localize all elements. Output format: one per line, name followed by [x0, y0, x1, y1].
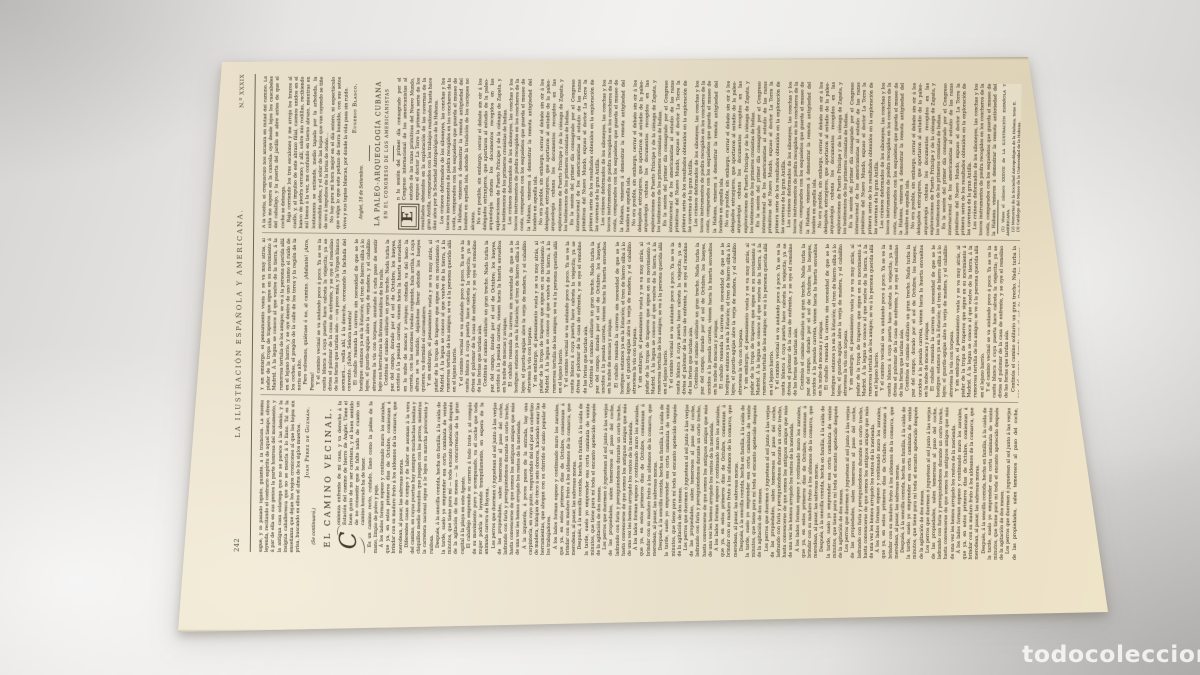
- body-paragraph: Los perros que duermen ó juguetean al so…: [845, 406, 878, 558]
- body-paragraph: Después, á la sencilla comida, hecha en …: [739, 405, 765, 557]
- body-paragraph: Y sin embargo, el pensamiento vuela y se…: [639, 242, 672, 394]
- body-paragraph: Á los lados forman espeso y continuado m…: [380, 401, 406, 553]
- body-paragraph: En la sesión del primer día consagrado p…: [849, 82, 882, 234]
- body-paragraph: En la sesión del primer día consagrado p…: [663, 80, 696, 232]
- body-paragraph: Continúa el camino solitario un gran tre…: [484, 240, 510, 392]
- column-2: Y sin embargo, el pensamiento vuela y se…: [260, 238, 1020, 398]
- body-paragraph: No era posible, sin embargo, cerrar el d…: [911, 83, 944, 235]
- paper-shadow: 242 LA ILUSTRACIÓN ESPAÑOLA Y AMERICANA.…: [0, 0, 1200, 675]
- body-paragraph: Y sin embargo, el pensamiento vuela y se…: [428, 240, 461, 392]
- body-paragraph: El caballo reanuda la carrera sin necesi…: [930, 245, 956, 397]
- body-paragraph: Á la izquierda, á pocos pasos de la entr…: [522, 403, 555, 555]
- body-paragraph: El caballo reanuda la carrera sin necesi…: [614, 242, 640, 394]
- body-paragraph: Los perros que duermen ó juguetean al so…: [764, 405, 797, 557]
- body-paragraph: No era posible, sin embargo, cerrar el d…: [818, 82, 851, 234]
- body-paragraph: Baja corriendo los tres escalones y me a…: [287, 76, 332, 228]
- continuation-note: (Se continuará.): [312, 401, 320, 545]
- page-content: 242 LA ILUSTRACIÓN ESPAÑOLA Y AMERICANA.…: [200, 57, 1068, 628]
- body-paragraph: Después, á la sencilla comida, hecha en …: [659, 404, 685, 556]
- body-paragraph: Los perros que duermen ó juguetean al so…: [926, 407, 959, 559]
- body-paragraph: No era posible, sin embargo, cerrar el d…: [539, 79, 572, 231]
- body-paragraph: Y sin embargo, el pensamiento vuela y se…: [955, 245, 988, 397]
- dateline: Anglet, 18 de Setiembre.: [359, 77, 367, 219]
- body-paragraph: Los cráneos deformados de los siboneyes,…: [601, 80, 634, 232]
- body-paragraph: El caballo reanuda la carrera sin necesi…: [825, 244, 851, 396]
- body-paragraph: Continúa el camino solitario un gran tre…: [906, 245, 932, 397]
- body-paragraph: Continúa el camino solitario un gran tre…: [589, 242, 615, 394]
- body-paragraph: sigue, y lo pasado ligado, galante, á la…: [259, 400, 304, 552]
- body-paragraph: Á los lados forman espeso y continuado m…: [553, 403, 579, 555]
- body-paragraph: Y sin embargo, el pensamiento vuela y se…: [744, 243, 777, 395]
- body-paragraph: Diferentes casas de campo y de labor se …: [405, 402, 438, 554]
- body-paragraph: El caballo reanuda la carrera sin necesi…: [354, 239, 387, 391]
- body-paragraph: Continúa el camino solitario un gran tre…: [695, 243, 721, 395]
- author-signature: Eusebio Blasco.: [351, 83, 359, 229]
- body-paragraph: En la sesión del primer día consagrado p…: [942, 83, 975, 235]
- body-paragraph: Y el camino vecinal se va andando poco á…: [881, 245, 907, 397]
- body-paragraph: Continúa el camino solitario un gran tre…: [800, 244, 826, 396]
- separator-rule: [369, 145, 370, 161]
- body-paragraph: En la sesión del primer día consagrado p…: [756, 81, 789, 233]
- newspaper-page: 242 LA ILUSTRACIÓN ESPAÑOLA Y AMERICANA.…: [178, 57, 1108, 632]
- body-paragraph: Y sin embargo, el pensamiento vuela y se…: [850, 244, 883, 396]
- body-paragraph: Y el camino vecinal se va andando poco á…: [986, 246, 1012, 398]
- publication-title: LA ILUSTRACIÓN ESPAÑOLA Y AMERICANA.: [234, 208, 244, 437]
- body-paragraph: Los cráneos deformados de los siboneyes,…: [508, 79, 541, 231]
- body-paragraph: Y el camino vecinal se va andando poco á…: [316, 239, 355, 391]
- body-paragraph: Continúa el camino solitario un gran tre…: [1011, 246, 1020, 398]
- column-3: Á la vuelta, el crepúsculo nos alcanza e…: [262, 76, 1022, 236]
- body-paragraph: El caballejo emprende su carrera á todo …: [467, 402, 493, 554]
- body-paragraph: En la sesión del primer día consagrado p…: [570, 79, 603, 231]
- body-paragraph: Los cráneos deformados de los siboneyes,…: [787, 82, 820, 234]
- body-paragraph: Á los lados forman espeso y continuado m…: [795, 406, 821, 558]
- watermark: todocoleccion: [1022, 640, 1200, 668]
- body-paragraph: El caballo reanuda la carrera sin necesi…: [509, 241, 535, 393]
- body-paragraph: Los perros que duermen ó juguetean al so…: [603, 404, 636, 556]
- column-1: sigue, y lo pasado ligado, galante, á la…: [259, 400, 1019, 560]
- dropcap-paragraph: Comienza enfrente de mi casa, y va derec…: [336, 401, 369, 553]
- article-heading: LA PALEO-ARQUEOLOGÍA CUBANA: [375, 77, 383, 229]
- body-paragraph: Á los lados forman espeso y continuado m…: [957, 407, 983, 559]
- body-paragraph: Á los lados forman espeso y continuado m…: [715, 405, 741, 557]
- body-paragraph: Y sin embargo, el pensamiento vuela y se…: [533, 241, 566, 393]
- body-paragraph: Después, á la sencilla comida, hecha en …: [901, 407, 927, 559]
- body-paragraph: Á los lados forman espeso y continuado m…: [876, 407, 902, 559]
- header-rule: [250, 74, 256, 552]
- body-paragraph: Los perros que duermen ó juguetean al so…: [1006, 408, 1018, 560]
- body-paragraph: Y el camino vecinal se va andando poco á…: [775, 243, 801, 395]
- author-signature: Juan Pérez de Guzmán.: [304, 407, 312, 553]
- dropcap-paragraph: En la sesión del primer día consagrado p…: [396, 78, 441, 230]
- body-paragraph: Continúa el camino solitario un gran tre…: [385, 239, 430, 391]
- page-number: 242: [233, 538, 241, 552]
- body-paragraph: No hay para mí hora mejor en el día ente…: [330, 77, 350, 229]
- drop-cap: E: [398, 204, 419, 230]
- separator-rule: [393, 145, 394, 161]
- footnote-block: (1) Véase el número XXXVIII de LA ILUSTR…: [995, 84, 1022, 236]
- body-paragraph: Á los lados forman espeso y continuado m…: [634, 404, 660, 556]
- page-header: 242 LA ILUSTRACIÓN ESPAÑOLA Y AMERICANA.…: [233, 74, 250, 552]
- body-paragraph: No era posible, sin embargo, cerrar el d…: [725, 81, 758, 233]
- body-paragraph: Los cráneos deformados de los siboneyes,…: [694, 81, 727, 233]
- body-paragraph: El caballo reanuda la carrera sin necesi…: [719, 243, 745, 395]
- body-paragraph: Y el camino vecinal se va andando poco á…: [564, 241, 590, 393]
- article-title: EL CAMINO VECINAL.: [325, 401, 333, 553]
- body-paragraph: Y el camino vecinal se va andando poco á…: [670, 242, 696, 394]
- body-paragraph: Después, á la sencilla comida, hecha en …: [436, 402, 469, 554]
- body-paragraph: Los perros que duermen ó juguetean al so…: [684, 405, 717, 557]
- photo-backdrop: 242 LA ILUSTRACIÓN ESPAÑOLA Y AMERICANA.…: [0, 0, 1200, 675]
- issue-number: N.º XXXIX: [239, 74, 245, 108]
- body-paragraph: Á la vuelta, el crepúsculo nos alcanza e…: [262, 76, 288, 228]
- body-paragraph: No era posible, sin embargo, cerrar el d…: [477, 78, 510, 230]
- drop-cap: C: [338, 528, 361, 553]
- body-paragraph: Después, á la sencilla comida, hecha en …: [981, 408, 1007, 560]
- body-paragraph: Y el camino vecinal se va andando poco á…: [459, 240, 485, 392]
- body-paragraph: Los cráneos deformados de los siboneyes,…: [440, 78, 479, 230]
- body-paragraph: Después, á la sencilla comida, hecha en …: [578, 403, 604, 555]
- article-subtitle: EN EL CONGRESO DE LOS AMERICANISTAS: [383, 77, 391, 229]
- body-paragraph: Los cráneos deformados de los siboneyes,…: [880, 83, 913, 235]
- body-paragraph: Los perros que duermen ó juguetean al so…: [491, 403, 524, 555]
- body-paragraph: Después, á la sencilla comida, hecha en …: [820, 406, 846, 558]
- body-paragraph: Y sin embargo, el pensamiento vuela y se…: [260, 238, 305, 390]
- body-paragraph: No era posible, sin embargo, cerrar el d…: [632, 80, 665, 232]
- footnote-rule: [997, 200, 998, 234]
